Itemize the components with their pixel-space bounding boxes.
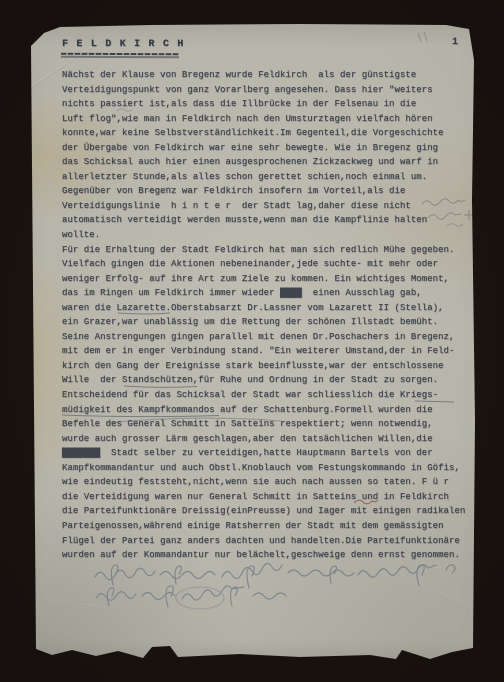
text-line: nichts passiert ist,als dass die Illbrüc…: [62, 97, 480, 112]
text-line: wollte.: [62, 228, 480, 243]
text-line: konnte,war keine Selbstverständlichkeit.…: [62, 126, 480, 141]
paper-crease: [387, 567, 504, 630]
text-line: Entscheidend für das Schicksal der Stadt…: [62, 388, 480, 403]
text-line: das Schicksal auch hier einen ausgesproc…: [62, 155, 480, 170]
text-line: die Parteifunktionäre Dreissig(einPreuss…: [62, 504, 480, 519]
text-line: Kampfkommandantur und auch Obstl.Knoblau…: [62, 461, 480, 476]
typewritten-text: Nächst der Klause von Bregenz wurde Feld…: [62, 68, 480, 563]
text-line: das im Ringen um Feldkirch immer wieder …: [62, 286, 480, 301]
text-line: allerletzter Stunde,als alles schon gere…: [62, 170, 480, 185]
text-line: wie eindeutig feststeht,nicht,wenn sie a…: [62, 475, 480, 490]
document-page: F E L D K I R C H 1 Nächst der Klause vo…: [0, 0, 504, 682]
text-line: Wille der Standschützen,für Ruhe und Ord…: [62, 373, 480, 388]
text-line: ███████ Stadt selber zu verteidigen,hatt…: [62, 446, 480, 461]
title-underline: [61, 53, 179, 56]
text-line: weniger Erfolg- auf ihre Art zum Ziele z…: [62, 272, 480, 287]
text-line: Nächst der Klause von Bregenz wurde Feld…: [62, 68, 480, 83]
text-line: Seine Anstrengungen gingen parallel mit …: [62, 330, 480, 345]
text-line: kirch den Gang der Ereignisse stark beei…: [62, 359, 480, 374]
text-line: Vielfach gingen die Aktionen nebeneinand…: [62, 257, 480, 272]
text-line: Verteidigungslinie h i n t e r der Stadt…: [62, 199, 480, 214]
bottom-handwritten-note-line-2: [96, 586, 286, 609]
text-line: Parteigenossen,während einige Ratsherren…: [62, 519, 480, 534]
text-line: Flügel der Partei ganz anders dachten un…: [62, 534, 480, 549]
text-line: Verteidigungspunkt von ganz Vorarlberg a…: [62, 83, 480, 98]
text-line: automatisch verteidigt werden musste,wen…: [62, 213, 480, 228]
bottom-handwritten-note-line-1: [95, 563, 455, 588]
paper-crease: [42, 599, 128, 611]
text-line: Gegenüber von Bregenz war Feldkirch inso…: [62, 184, 480, 199]
text-line: der Übergabe von Feldkirch war eine sehr…: [62, 141, 480, 156]
text-line: wurde auch grosser Lärm geschlagen,aber …: [62, 432, 480, 447]
text-line: wurden auf der Kommandantur nur belächel…: [62, 548, 480, 563]
text-line: ein Grazer,war unablässig um die Rettung…: [62, 315, 480, 330]
text-line: mit dem er in enger Verbindung stand. "E…: [62, 344, 480, 359]
text-line: waren die Lazarette.Oberstabsarzt Dr.Las…: [62, 301, 480, 316]
text-line: die Verteidigung waren nur General Schmi…: [62, 490, 480, 505]
page-title: F E L D K I R C H: [62, 39, 184, 50]
text-line: müdigkeit des Kampfkommandos auf der Sch…: [62, 403, 480, 418]
text-line: Für die Erhaltung der Stadt Feldkirch ha…: [62, 243, 480, 258]
page-number: 1: [452, 37, 458, 48]
text-line: Befehle des General Schmitt in Satteins …: [62, 417, 480, 432]
photo-background: F E L D K I R C H 1 Nächst der Klause vo…: [0, 0, 504, 682]
page-number-pencil-mark: [418, 32, 427, 42]
text-line: Luft flog",wie man in Feldkirch nach den…: [62, 112, 480, 127]
